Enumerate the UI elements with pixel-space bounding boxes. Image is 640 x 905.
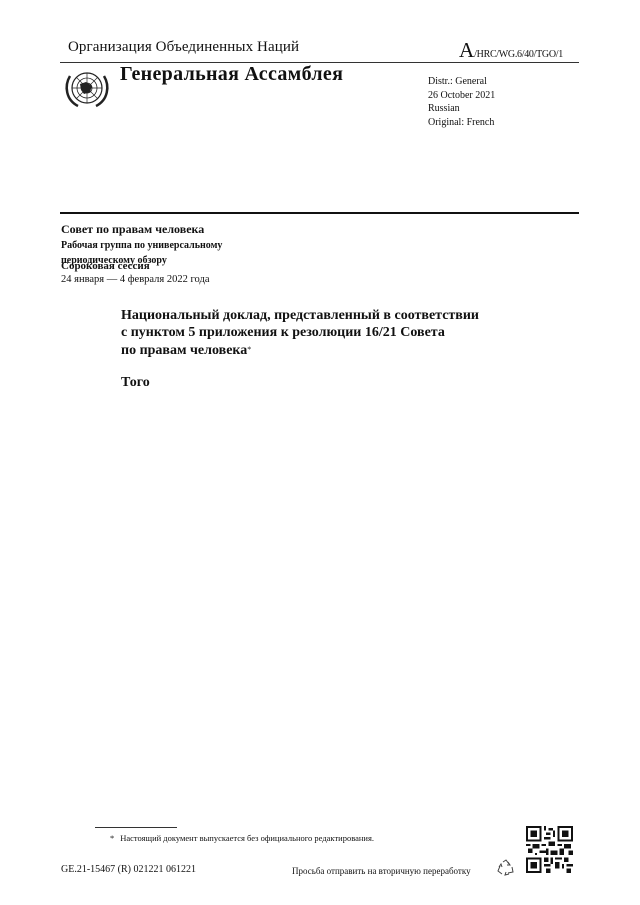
- original-language-line: Original: French: [428, 116, 495, 130]
- footnote-mark: *: [110, 833, 114, 843]
- session-name: Сороковая сессия: [61, 260, 150, 272]
- council-name: Совет по правам человека: [61, 222, 204, 237]
- report-title-line: по правам человека*: [121, 341, 541, 359]
- footnote-text: Настоящий документ выпускается без офици…: [120, 833, 374, 843]
- qr-code-icon[interactable]: [526, 826, 573, 873]
- document-symbol: A/HRC/WG.6/40/TGO/1: [459, 38, 563, 63]
- footnote: *Настоящий документ выпускается без офиц…: [110, 833, 374, 843]
- body-title: Генеральная Ассамблея: [120, 63, 343, 86]
- un-emblem-icon: [62, 66, 112, 110]
- report-title-line: с пунктом 5 приложения к резолюции 16/21…: [121, 324, 541, 341]
- report-title: Национальный доклад, представленный в со…: [121, 307, 541, 359]
- symbol-rest: /HRC/WG.6/40/TGO/1: [474, 49, 563, 60]
- session-dates: 24 января — 4 февраля 2022 года: [61, 274, 210, 285]
- job-number: GE.21-15467 (R) 021221 061221: [61, 864, 196, 875]
- section-rule: [60, 212, 579, 214]
- footnote-reference: *: [247, 345, 251, 354]
- recycle-text: Просьба отправить на вторичную переработ…: [292, 866, 471, 876]
- country-name: Того: [121, 375, 150, 391]
- distribution-line: Distr.: General: [428, 75, 495, 89]
- organization-name: Организация Объединенных Наций: [68, 39, 299, 56]
- report-title-line: Национальный доклад, представленный в со…: [121, 307, 541, 324]
- recycle-icon: [496, 858, 516, 878]
- footnote-rule: [95, 827, 177, 828]
- symbol-prefix: A: [459, 38, 474, 62]
- language-line: Russian: [428, 102, 495, 116]
- distribution-block: Distr.: General 26 October 2021 Russian …: [428, 75, 495, 129]
- date-line: 26 October 2021: [428, 89, 495, 103]
